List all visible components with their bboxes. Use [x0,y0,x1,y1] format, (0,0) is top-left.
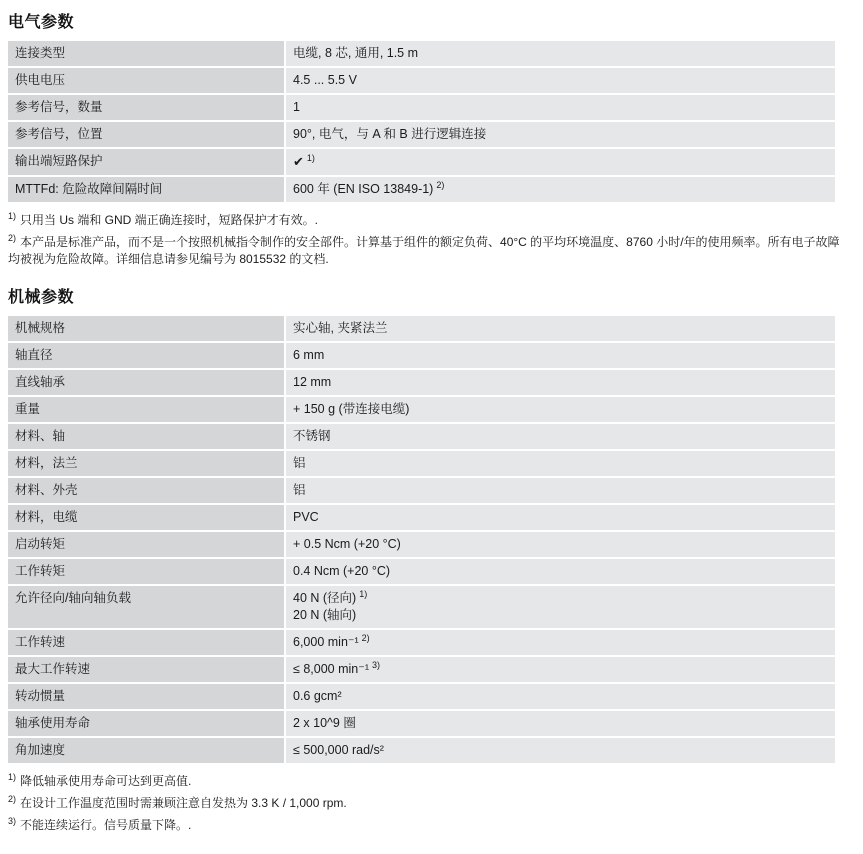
param-label: 参考信号，位置 [8,122,284,147]
param-value-text: 40 N (径向) [293,591,356,605]
section-title-electrical: 电气参数 [8,9,847,32]
param-value-text: 6,000 min⁻¹ [293,635,359,649]
param-value: ≤ 500,000 rad/s² [286,738,835,763]
footnote-text: 不能连续运行。信号质量下降。. [20,818,191,832]
param-value-line: + 150 g (带连接电缆) [293,401,827,418]
electrical-footnotes: 1)只用当 Us 端和 GND 端正确连接时，短路保护才有效。.2)本产品是标准… [8,212,847,268]
param-value-text: 1 [293,100,300,114]
param-value: 40 N (径向)1)20 N (轴向) [286,586,835,628]
param-label: 轴承使用寿命 [8,711,284,736]
footnote-marker: 1) [8,772,16,782]
electrical-parameters-table: 连接类型电缆, 8 芯, 通用, 1.5 m供电电压4.5 ... 5.5 V参… [8,41,835,202]
param-value-text: 20 N (轴向) [293,608,356,622]
param-value: 90°, 电气，与 A 和 B 进行逻辑连接 [286,122,835,147]
param-label: 启动转矩 [8,532,284,557]
table-row: 工作转矩0.4 Ncm (+20 °C) [8,559,835,584]
footnote-marker: 3) [8,816,16,826]
checkmark-icon: ✔ [293,154,304,169]
footnote-reference: 3) [372,660,380,670]
param-value: ≤ 8,000 min⁻¹3) [286,657,835,682]
param-label: 参考信号，数量 [8,95,284,120]
param-value-text: 4.5 ... 5.5 V [293,73,357,87]
param-value: 6,000 min⁻¹2) [286,630,835,655]
param-label: 供电电压 [8,68,284,93]
footnote-reference: 2) [436,180,444,190]
mechanical-footnotes: 1)降低轴承使用寿命可达到更高值.2)在设计工作温度范围时需兼顾注意自发热为 3… [8,773,847,834]
footnote: 2)在设计工作温度范围时需兼顾注意自发热为 3.3 K / 1,000 rpm. [8,795,847,812]
param-value-text: 600 年 (EN ISO 13849-1) [293,182,433,196]
param-value-text: 90°, 电气，与 A 和 B 进行逻辑连接 [293,127,486,141]
table-row: 最大工作转速≤ 8,000 min⁻¹3) [8,657,835,682]
param-value-text: 不锈钢 [293,429,331,443]
table-row: 参考信号，数量1 [8,95,835,120]
param-value-line: 40 N (径向)1) [293,590,827,607]
table-row: MTTFd: 危险故障间隔时间600 年 (EN ISO 13849-1)2) [8,177,835,202]
param-value-line: + 0.5 Ncm (+20 °C) [293,536,827,553]
param-label: 输出端短路保护 [8,149,284,175]
param-value-line: 电缆, 8 芯, 通用, 1.5 m [293,45,827,62]
footnote-marker: 2) [8,794,16,804]
table-row: 启动转矩+ 0.5 Ncm (+20 °C) [8,532,835,557]
param-value-line: 90°, 电气，与 A 和 B 进行逻辑连接 [293,126,827,143]
footnote-text: 只用当 Us 端和 GND 端正确连接时，短路保护才有效。. [20,213,318,227]
footnote-marker: 2) [8,233,16,243]
param-value: 2 x 10^9 圈 [286,711,835,736]
footnote: 1)只用当 Us 端和 GND 端正确连接时，短路保护才有效。. [8,212,847,229]
table-row: 材料，法兰铝 [8,451,835,476]
param-value: 12 mm [286,370,835,395]
param-value-line: 不锈钢 [293,428,827,445]
param-value-line: 600 年 (EN ISO 13849-1)2) [293,181,827,198]
table-row: 重量+ 150 g (带连接电缆) [8,397,835,422]
param-value-text: 0.6 gcm² [293,689,342,703]
param-value-text: ≤ 500,000 rad/s² [293,743,384,757]
footnote-reference: 1) [359,589,367,599]
param-value-text: PVC [293,510,319,524]
table-row: 输出端短路保护✔1) [8,149,835,175]
param-label: 工作转矩 [8,559,284,584]
param-value-text: 0.4 Ncm (+20 °C) [293,564,390,578]
param-value-line: 12 mm [293,374,827,391]
param-value-line: 0.6 gcm² [293,688,827,705]
footnote-reference: 2) [362,633,370,643]
param-value: 6 mm [286,343,835,368]
param-value-line: 实心轴, 夹紧法兰 [293,320,827,337]
param-label: 材料、轴 [8,424,284,449]
table-row: 转动惯量0.6 gcm² [8,684,835,709]
table-row: 直线轴承12 mm [8,370,835,395]
param-value: 铝 [286,478,835,503]
param-label: 角加速度 [8,738,284,763]
param-value-line: 2 x 10^9 圈 [293,715,827,732]
param-label: 机械规格 [8,316,284,341]
footnote-marker: 1) [8,211,16,221]
param-label: 材料，电缆 [8,505,284,530]
param-value: PVC [286,505,835,530]
table-row: 工作转速6,000 min⁻¹2) [8,630,835,655]
param-label: 最大工作转速 [8,657,284,682]
param-value-text: 电缆, 8 芯, 通用, 1.5 m [293,46,418,60]
electrical-section: 电气参数 连接类型电缆, 8 芯, 通用, 1.5 m供电电压4.5 ... 5… [8,9,847,268]
section-title-mechanical: 机械参数 [8,284,847,307]
param-value: + 150 g (带连接电缆) [286,397,835,422]
param-value-line: 6,000 min⁻¹2) [293,634,827,651]
param-value-text: + 0.5 Ncm (+20 °C) [293,537,401,551]
param-value-text: 铝 [293,483,306,497]
footnote-text: 在设计工作温度范围时需兼顾注意自发热为 3.3 K / 1,000 rpm. [20,796,347,810]
param-label: 材料、外壳 [8,478,284,503]
mechanical-parameters-table: 机械规格实心轴, 夹紧法兰轴直径6 mm直线轴承12 mm重量+ 150 g (… [8,316,835,763]
table-row: 连接类型电缆, 8 芯, 通用, 1.5 m [8,41,835,66]
param-value-line: 20 N (轴向) [293,607,827,624]
table-row: 允许径向/轴向轴负载40 N (径向)1)20 N (轴向) [8,586,835,628]
footnote-text: 降低轴承使用寿命可达到更高值. [20,774,191,788]
table-row: 轴承使用寿命2 x 10^9 圈 [8,711,835,736]
param-value: ✔1) [286,149,835,175]
param-value-line: 0.4 Ncm (+20 °C) [293,563,827,580]
table-row: 供电电压4.5 ... 5.5 V [8,68,835,93]
param-value-text: 2 x 10^9 圈 [293,716,356,730]
table-row: 机械规格实心轴, 夹紧法兰 [8,316,835,341]
param-value-line: 铝 [293,455,827,472]
footnote: 3)不能连续运行。信号质量下降。. [8,817,847,834]
param-label: 重量 [8,397,284,422]
param-value-text: 铝 [293,456,306,470]
param-value: 1 [286,95,835,120]
param-value-line: 铝 [293,482,827,499]
table-row: 材料，电缆PVC [8,505,835,530]
param-value: 4.5 ... 5.5 V [286,68,835,93]
param-value-line: 1 [293,99,827,116]
param-label: 材料，法兰 [8,451,284,476]
param-label: 转动惯量 [8,684,284,709]
param-label: 轴直径 [8,343,284,368]
param-value-text: + 150 g (带连接电缆) [293,402,409,416]
param-value-line: ≤ 500,000 rad/s² [293,742,827,759]
param-label: 直线轴承 [8,370,284,395]
param-value-line: ≤ 8,000 min⁻¹3) [293,661,827,678]
param-value-line: ✔1) [293,153,827,171]
footnote-text: 本产品是标准产品，而不是一个按照机械指令制作的安全部件。计算基于组件的额定负荷、… [8,235,840,266]
param-value-text: 6 mm [293,348,324,362]
param-value-line: 6 mm [293,347,827,364]
param-value-text: 实心轴, 夹紧法兰 [293,321,387,335]
table-row: 材料、轴不锈钢 [8,424,835,449]
param-value: 电缆, 8 芯, 通用, 1.5 m [286,41,835,66]
param-value: 0.4 Ncm (+20 °C) [286,559,835,584]
param-value: 0.6 gcm² [286,684,835,709]
param-value: 铝 [286,451,835,476]
param-value-text: ≤ 8,000 min⁻¹ [293,662,369,676]
param-value: 600 年 (EN ISO 13849-1)2) [286,177,835,202]
table-row: 轴直径6 mm [8,343,835,368]
footnote: 2)本产品是标准产品，而不是一个按照机械指令制作的安全部件。计算基于组件的额定负… [8,234,847,268]
param-value-line: PVC [293,509,827,526]
param-label: 连接类型 [8,41,284,66]
footnote: 1)降低轴承使用寿命可达到更高值. [8,773,847,790]
footnote-reference: 1) [307,153,315,163]
param-label: 允许径向/轴向轴负载 [8,586,284,628]
datasheet-page: 电气参数 连接类型电缆, 8 芯, 通用, 1.5 m供电电压4.5 ... 5… [0,0,855,854]
param-value: 实心轴, 夹紧法兰 [286,316,835,341]
param-label: MTTFd: 危险故障间隔时间 [8,177,284,202]
param-value: 不锈钢 [286,424,835,449]
table-row: 材料、外壳铝 [8,478,835,503]
param-value-line: 4.5 ... 5.5 V [293,72,827,89]
param-value: + 0.5 Ncm (+20 °C) [286,532,835,557]
param-value-text: 12 mm [293,375,331,389]
table-row: 角加速度≤ 500,000 rad/s² [8,738,835,763]
table-row: 参考信号，位置90°, 电气，与 A 和 B 进行逻辑连接 [8,122,835,147]
mechanical-section: 机械参数 机械规格实心轴, 夹紧法兰轴直径6 mm直线轴承12 mm重量+ 15… [8,284,847,834]
param-label: 工作转速 [8,630,284,655]
